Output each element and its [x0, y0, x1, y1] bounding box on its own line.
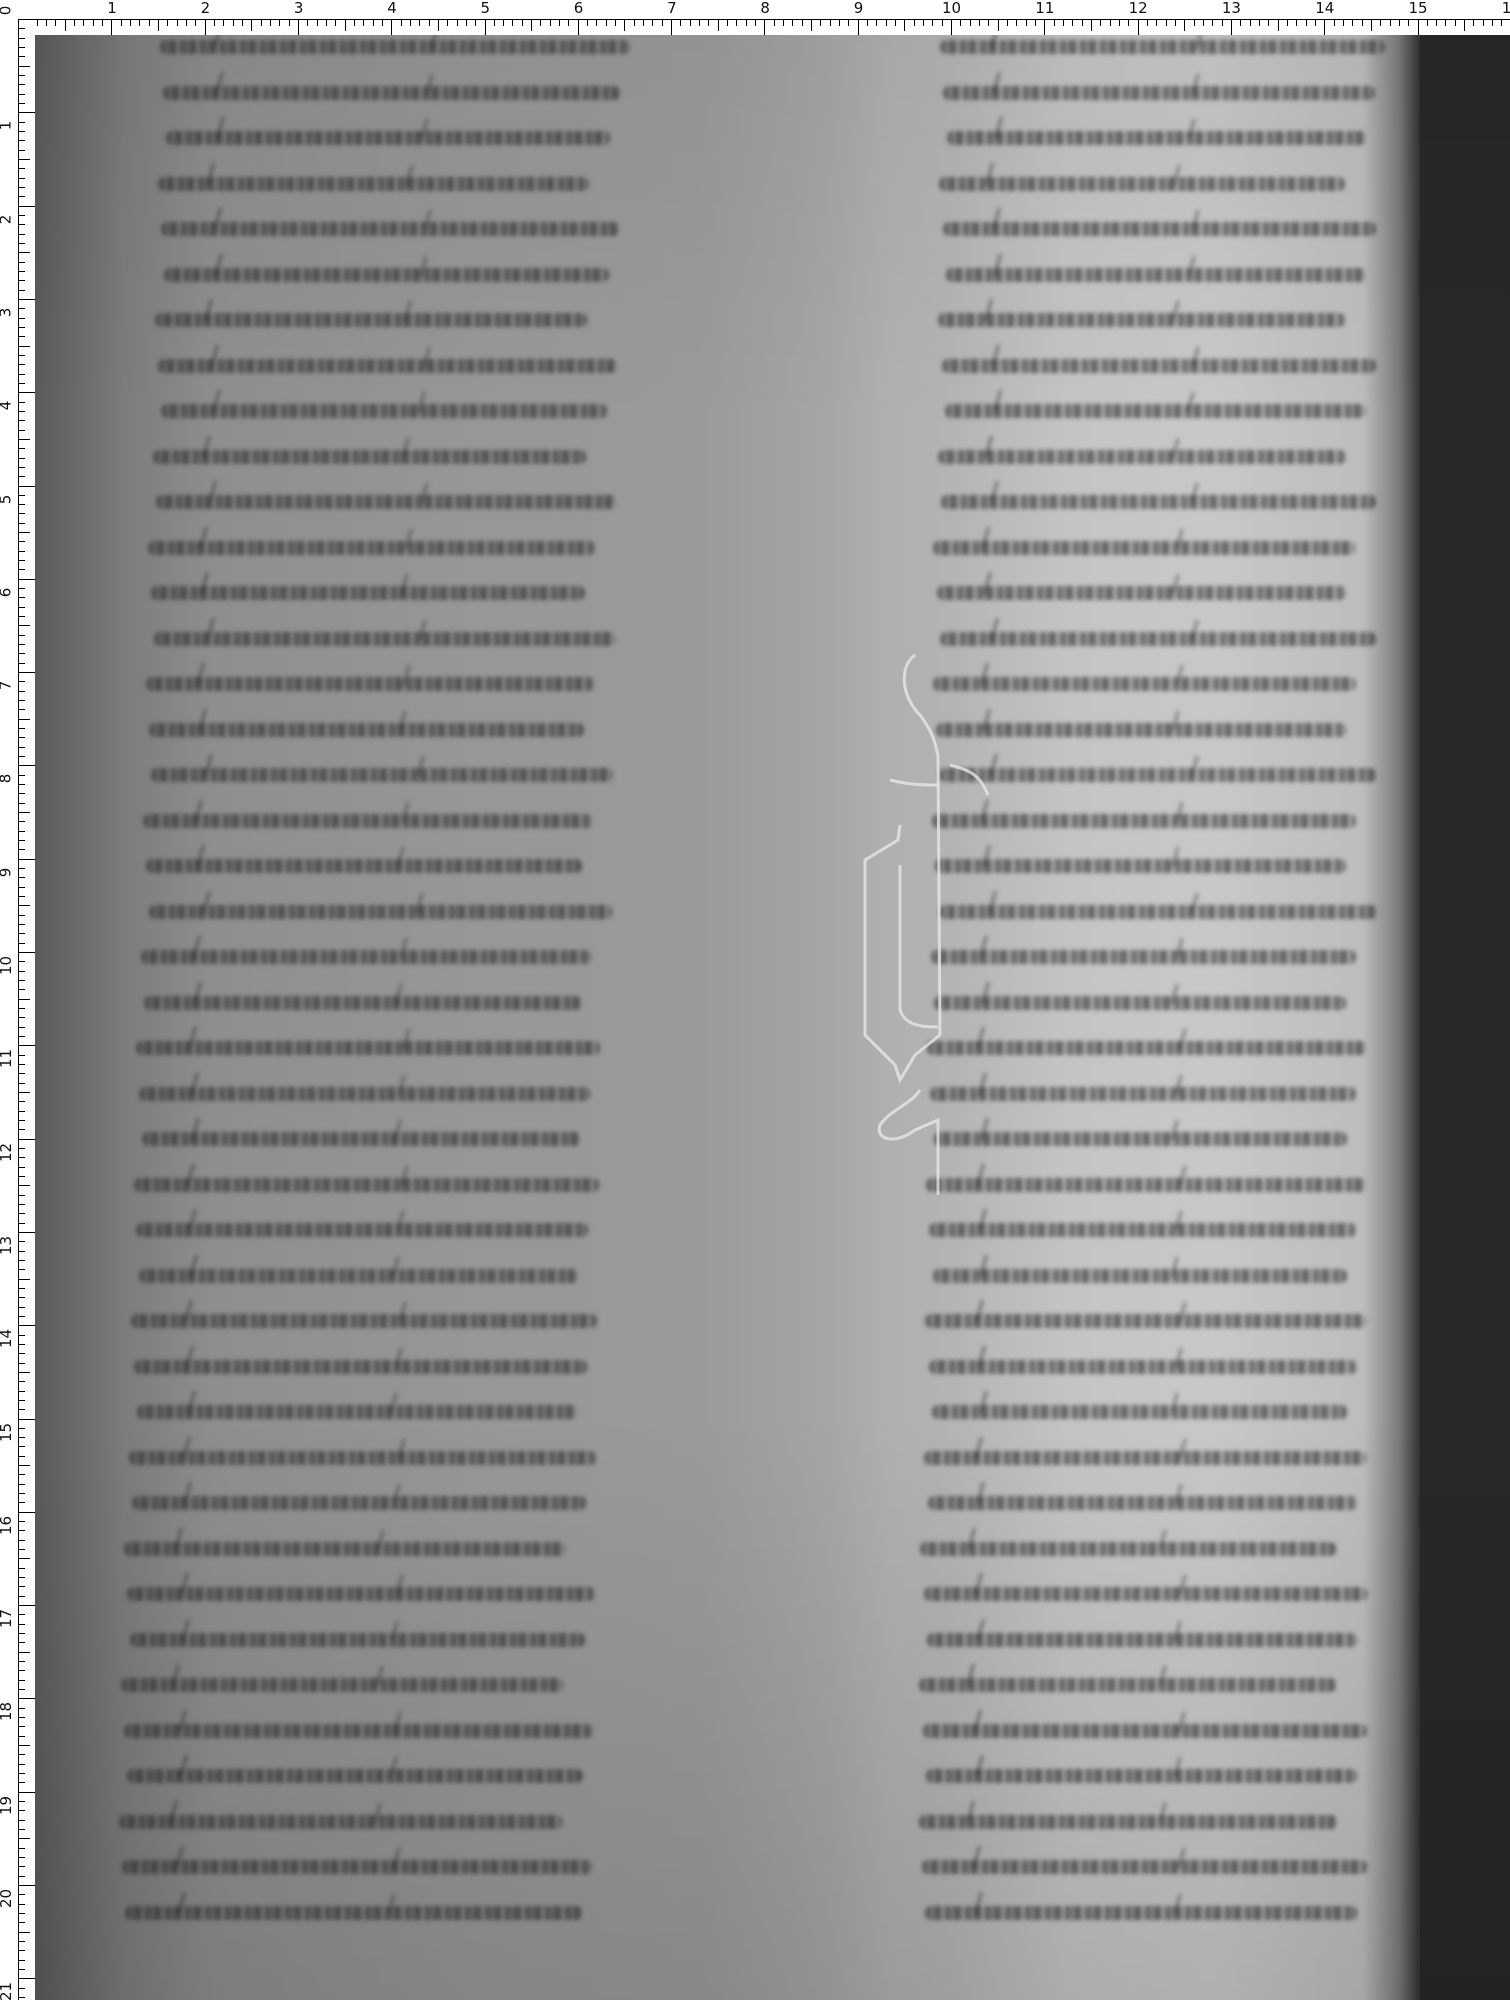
top-ruler-tick: [746, 20, 747, 26]
top-ruler-tick: [1100, 20, 1101, 26]
left-ruler-tick: [19, 1642, 25, 1643]
left-ruler-tick: [19, 980, 25, 981]
top-ruler-tick: [447, 20, 448, 26]
left-ruler-tick: [19, 1530, 25, 1531]
left-ruler-label: 13: [0, 1236, 14, 1255]
top-ruler-tick: [951, 20, 952, 36]
left-ruler-tick: [19, 1139, 35, 1140]
script-line: [927, 1633, 1357, 1647]
left-ruler-tick: [19, 1913, 25, 1914]
script-line: [158, 359, 617, 373]
left-ruler-label: 9: [0, 867, 13, 877]
top-ruler-tick: [858, 20, 859, 36]
left-ruler-tick: [19, 1661, 25, 1662]
top-ruler-tick: [158, 20, 159, 31]
script-line: [146, 677, 594, 691]
top-ruler-tick: [1110, 20, 1111, 26]
script-line: [937, 586, 1346, 600]
script-line: [153, 450, 586, 464]
left-ruler-tick: [19, 290, 25, 291]
top-ruler-tick: [354, 20, 355, 26]
left-ruler-tick: [19, 513, 25, 514]
left-ruler-tick: [19, 1251, 25, 1252]
script-line: [939, 768, 1376, 782]
left-ruler-tick: [19, 1419, 35, 1420]
top-ruler-tick: [1278, 20, 1279, 31]
script-line: [939, 905, 1377, 919]
top-ruler-tick: [764, 20, 765, 36]
top-ruler-tick: [410, 20, 411, 26]
left-ruler-label: 18: [0, 1702, 14, 1721]
left-ruler-tick: [19, 1866, 25, 1867]
script-line: [149, 905, 612, 919]
top-ruler-tick: [503, 20, 504, 26]
left-ruler-tick: [19, 989, 25, 990]
left-ruler-tick: [19, 1027, 25, 1028]
top-ruler-tick: [578, 20, 579, 36]
top-ruler-tick: [1352, 20, 1353, 26]
top-ruler-tick: [214, 20, 215, 26]
left-ruler-label: 0: [0, 6, 13, 16]
top-ruler-tick: [1380, 20, 1381, 26]
left-ruler-tick: [19, 159, 30, 160]
script-line: [137, 1405, 577, 1419]
left-ruler-tick: [19, 821, 25, 822]
script-line: [124, 1724, 593, 1738]
left-ruler-tick: [19, 1922, 25, 1923]
top-ruler-tick: [475, 20, 476, 26]
script-line: [919, 1815, 1337, 1829]
left-ruler-tick: [19, 1782, 25, 1783]
top-ruler-tick: [960, 20, 961, 26]
top-ruler-label: 12: [1129, 1, 1148, 16]
left-ruler-tick: [19, 1773, 25, 1774]
left-ruler-tick: [19, 588, 25, 589]
left-ruler-tick: [19, 75, 25, 76]
top-ruler-tick: [457, 20, 458, 26]
left-ruler-tick: [19, 411, 25, 412]
left-ruler-tick: [19, 1083, 25, 1084]
top-ruler-tick: [783, 20, 784, 26]
left-ruler-tick: [19, 644, 25, 645]
left-ruler-tick: [19, 178, 25, 179]
top-ruler-tick: [111, 20, 112, 36]
left-ruler-tick: [19, 1055, 25, 1056]
top-ruler-tick: [1306, 20, 1307, 26]
left-ruler-tick: [19, 28, 25, 29]
script-line: [931, 950, 1356, 964]
left-ruler-tick: [19, 355, 25, 356]
left-ruler-tick: [19, 719, 30, 720]
left-ruler-tick: [19, 318, 25, 319]
left-ruler-tick: [19, 1521, 25, 1522]
script-line: [163, 86, 620, 100]
left-ruler-tick: [19, 905, 30, 906]
left-ruler-tick: [19, 1409, 25, 1410]
left-ruler-tick: [19, 1017, 25, 1018]
left-ruler-tick: [19, 299, 35, 300]
top-ruler-label: 4: [387, 1, 397, 16]
script-line: [927, 1041, 1366, 1055]
left-ruler-tick: [19, 252, 30, 253]
left-ruler-tick: [19, 1279, 30, 1280]
top-ruler-tick: [1268, 20, 1269, 26]
script-line: [922, 1860, 1367, 1874]
top-ruler-tick: [1035, 20, 1036, 26]
script-line: [155, 313, 587, 327]
left-ruler-tick: [19, 430, 25, 431]
top-ruler-tick: [121, 20, 122, 26]
left-ruler-label: 7: [0, 681, 13, 691]
top-ruler-tick: [1464, 20, 1465, 31]
left-ruler-tick: [19, 1540, 25, 1541]
top-ruler-tick: [662, 20, 663, 26]
left-ruler-tick: [19, 280, 25, 281]
left-ruler-tick: [19, 1932, 30, 1933]
left-ruler-tick: [19, 402, 25, 403]
script-line: [156, 495, 616, 509]
script-line: [151, 586, 585, 600]
left-ruler-tick: [19, 597, 25, 598]
script-line: [129, 1451, 596, 1465]
left-ruler-tick: [19, 747, 25, 748]
script-line: [936, 723, 1346, 737]
top-ruler-label: 7: [667, 1, 677, 16]
left-ruler-tick: [19, 206, 35, 207]
top-ruler-tick: [1399, 20, 1400, 26]
left-ruler-tick: [19, 234, 25, 235]
top-ruler-tick: [671, 20, 672, 36]
left-ruler-tick: [19, 1213, 25, 1214]
left-ruler-tick: [19, 1185, 30, 1186]
script-line: [924, 1587, 1367, 1601]
left-ruler-tick: [19, 1428, 25, 1429]
script-line: [143, 814, 592, 828]
top-ruler-tick: [401, 20, 402, 26]
left-ruler-tick: [19, 486, 35, 487]
column-gutter: [830, 35, 950, 2000]
left-ruler-tick: [19, 1176, 25, 1177]
left-ruler-tick: [19, 672, 35, 673]
left-ruler-tick: [19, 887, 25, 888]
left-ruler-tick: [19, 1344, 25, 1345]
top-ruler-tick: [494, 20, 495, 26]
left-ruler-tick: [19, 336, 25, 337]
top-ruler-tick: [848, 20, 849, 26]
top-ruler-tick: [270, 20, 271, 26]
top-ruler-tick: [438, 20, 439, 31]
top-ruler-tick: [233, 20, 234, 26]
script-line: [926, 1769, 1357, 1783]
left-ruler-tick: [19, 1167, 25, 1168]
top-ruler-tick: [774, 20, 775, 26]
script-line: [924, 1451, 1366, 1465]
left-ruler-tick: [19, 1680, 25, 1681]
left-ruler-tick: [19, 560, 25, 561]
left-ruler-tick: [19, 196, 25, 197]
script-line: [127, 1587, 595, 1601]
top-ruler-tick: [93, 20, 94, 26]
script-line: [932, 814, 1356, 828]
left-ruler-tick: [19, 541, 25, 542]
top-ruler-tick: [1501, 20, 1502, 26]
left-ruler-tick: [19, 346, 30, 347]
top-ruler-tick: [1138, 20, 1139, 36]
script-line: [125, 1906, 582, 1920]
script-line: [161, 404, 607, 418]
left-ruler-tick: [19, 1969, 25, 1970]
script-line: [164, 268, 609, 282]
script-line: [925, 1314, 1366, 1328]
script-line: [122, 1860, 592, 1874]
left-ruler-label: 3: [0, 308, 13, 318]
top-ruler-label: 16: [1502, 1, 1510, 16]
top-ruler-tick: [1203, 20, 1204, 26]
left-ruler-tick: [19, 1586, 25, 1587]
top-ruler-tick: [1473, 20, 1474, 26]
script-line: [929, 1223, 1356, 1237]
left-ruler-bar: [18, 19, 35, 2000]
top-ruler-tick: [886, 20, 887, 26]
top-ruler-tick: [130, 20, 131, 26]
left-ruler-tick: [19, 458, 25, 459]
top-ruler-tick: [643, 20, 644, 26]
script-line: [934, 996, 1346, 1010]
script-line: [124, 1542, 565, 1556]
top-ruler-tick: [242, 20, 243, 26]
top-ruler-tick: [1222, 20, 1223, 26]
top-ruler-tick: [279, 20, 280, 26]
left-ruler-tick: [19, 122, 25, 123]
top-ruler-tick: [1324, 20, 1325, 36]
top-ruler-tick: [512, 20, 513, 26]
top-ruler-tick: [1063, 20, 1064, 26]
top-ruler-label: 10: [942, 1, 961, 16]
left-ruler-tick: [19, 1988, 25, 1989]
page-edge-shadow: [1420, 35, 1510, 2000]
top-ruler-tick: [755, 20, 756, 26]
left-ruler-tick: [19, 523, 25, 524]
left-ruler-tick: [19, 625, 30, 626]
left-ruler-tick: [19, 1232, 35, 1233]
left-ruler-label: 1: [0, 121, 13, 131]
top-ruler-tick: [326, 20, 327, 26]
left-ruler-tick: [19, 1465, 30, 1466]
left-ruler-tick: [19, 1064, 25, 1065]
left-ruler-label: 4: [0, 401, 13, 411]
top-ruler-tick: [1026, 20, 1027, 26]
left-ruler-tick: [19, 579, 35, 580]
left-ruler-tick: [19, 1736, 25, 1737]
left-ruler-tick: [19, 1558, 30, 1559]
top-ruler-tick: [195, 20, 196, 26]
left-ruler-label: 2: [0, 214, 13, 224]
top-ruler-tick: [970, 20, 971, 26]
left-ruler-tick: [19, 1978, 35, 1979]
left-ruler-tick: [19, 1381, 25, 1382]
left-ruler-tick: [19, 877, 25, 878]
left-ruler-tick: [19, 1605, 35, 1606]
top-ruler-tick: [867, 20, 868, 26]
left-ruler-tick: [19, 439, 30, 440]
script-line: [928, 1496, 1357, 1510]
top-ruler-tick: [540, 20, 541, 26]
top-ruler-tick: [317, 20, 318, 26]
top-ruler-label: 9: [854, 1, 864, 16]
left-ruler-tick: [19, 1204, 25, 1205]
top-ruler-tick: [1194, 20, 1195, 26]
script-line: [148, 541, 595, 555]
top-ruler-tick: [596, 20, 597, 26]
left-ruler-tick: [19, 1960, 25, 1961]
script-line: [934, 1132, 1347, 1146]
top-ruler-tick: [65, 20, 66, 31]
script-line: [141, 950, 591, 964]
script-line: [134, 1178, 599, 1192]
script-line: [149, 723, 584, 737]
left-ruler-label: 6: [0, 588, 13, 598]
left-ruler-tick: [19, 1652, 30, 1653]
top-ruler-tick: [1240, 20, 1241, 26]
top-ruler-tick: [606, 20, 607, 26]
left-ruler-tick: [19, 1876, 25, 1877]
left-ruler-tick: [19, 933, 25, 934]
left-ruler-tick: [19, 1810, 25, 1811]
top-ruler-tick: [1250, 20, 1251, 26]
manuscript-scan: [35, 35, 1510, 2000]
left-ruler-tick: [19, 168, 25, 169]
left-ruler-tick: [19, 66, 30, 67]
script-line: [932, 1405, 1347, 1419]
left-ruler-tick: [19, 1997, 25, 1998]
left-ruler-tick: [19, 504, 25, 505]
left-ruler-tick: [19, 569, 25, 570]
top-ruler-tick: [139, 20, 140, 26]
left-ruler-tick: [19, 635, 25, 636]
left-ruler-tick: [19, 1073, 25, 1074]
script-line: [121, 1678, 563, 1692]
top-ruler-tick: [1147, 20, 1148, 26]
top-ruler-tick: [718, 20, 719, 31]
left-ruler-tick: [19, 112, 35, 113]
top-ruler-tick: [74, 20, 75, 26]
left-ruler-tick: [19, 1502, 25, 1503]
left-ruler-tick: [19, 849, 25, 850]
left-ruler-tick: [19, 243, 25, 244]
top-ruler-label: 1: [107, 1, 117, 16]
left-ruler-tick: [19, 924, 25, 925]
left-ruler-tick: [19, 1101, 25, 1102]
top-ruler-tick: [149, 20, 150, 26]
top-ruler-tick: [792, 20, 793, 26]
top-ruler-tick: [1259, 20, 1260, 26]
script-line: [119, 1815, 562, 1829]
left-ruler-label: 14: [0, 1329, 14, 1348]
left-ruler-tick: [19, 812, 30, 813]
top-ruler-tick: [345, 20, 346, 31]
left-ruler-tick: [19, 1904, 25, 1905]
left-ruler-tick: [19, 868, 25, 869]
top-ruler-tick: [652, 20, 653, 26]
left-ruler-tick: [19, 1269, 25, 1270]
left-ruler-tick: [19, 691, 25, 692]
left-ruler-tick: [19, 1885, 35, 1886]
script-line: [938, 313, 1345, 327]
script-line: [943, 86, 1375, 100]
left-ruler-tick: [19, 224, 25, 225]
left-ruler-tick: [19, 1950, 25, 1951]
left-ruler-tick: [19, 1045, 35, 1046]
top-ruler-tick: [1334, 20, 1335, 26]
top-ruler-tick: [820, 20, 821, 26]
left-ruler-tick: [19, 961, 25, 962]
top-ruler-tick: [1212, 20, 1213, 26]
left-ruler-tick: [19, 1223, 25, 1224]
left-ruler-tick: [19, 700, 25, 701]
top-ruler-tick: [1343, 20, 1344, 26]
script-line: [139, 1269, 578, 1283]
top-ruler-tick: [587, 20, 588, 26]
top-ruler-tick: [167, 20, 168, 26]
left-ruler-tick: [19, 999, 30, 1000]
top-ruler-tick: [1082, 20, 1083, 26]
left-ruler-tick: [19, 1633, 25, 1634]
script-line: [166, 131, 610, 145]
top-ruler-tick: [1362, 20, 1363, 26]
left-ruler-label: 16: [0, 1516, 14, 1535]
script-line: [144, 996, 581, 1010]
top-ruler-tick: [307, 20, 308, 26]
left-ruler-tick: [19, 1670, 25, 1671]
left-ruler-tick: [19, 1288, 25, 1289]
left-ruler-tick: [19, 1820, 25, 1821]
top-ruler-tick: [988, 20, 989, 26]
left-ruler-tick: [19, 1456, 25, 1457]
left-ruler-tick: [19, 448, 25, 449]
left-ruler-tick: [19, 1726, 25, 1727]
top-ruler-tick: [186, 20, 187, 26]
left-ruler-tick: [19, 1596, 25, 1597]
top-ruler-tick: [1231, 20, 1232, 36]
top-ruler-tick: [1408, 20, 1409, 26]
left-ruler-tick: [19, 308, 25, 309]
left-ruler-tick: [19, 1372, 30, 1373]
top-ruler-tick: [251, 20, 252, 31]
left-ruler-tick: [19, 1484, 25, 1485]
script-line: [933, 541, 1355, 555]
script-line: [923, 1724, 1367, 1738]
left-ruler-label: 21: [0, 1982, 14, 2000]
top-ruler-tick: [177, 20, 178, 26]
script-line: [933, 677, 1356, 691]
top-ruler-tick: [363, 20, 364, 26]
top-ruler-label: 2: [201, 1, 211, 16]
left-ruler-tick: [19, 1717, 25, 1718]
script-line: [940, 40, 1385, 54]
top-ruler-tick: [289, 20, 290, 26]
top-ruler-tick: [699, 20, 700, 26]
left-ruler-tick: [19, 1474, 25, 1475]
left-ruler-tick: [19, 1111, 25, 1112]
left-ruler-tick: [19, 532, 30, 533]
top-ruler: 012345678910111213141516: [0, 0, 1510, 35]
left-ruler-tick: [19, 1437, 25, 1438]
top-ruler-tick: [568, 20, 569, 26]
left-ruler-tick: [19, 803, 25, 804]
top-ruler-tick: [895, 20, 896, 26]
left-ruler-tick: [19, 756, 25, 757]
left-ruler-tick: [19, 1195, 25, 1196]
